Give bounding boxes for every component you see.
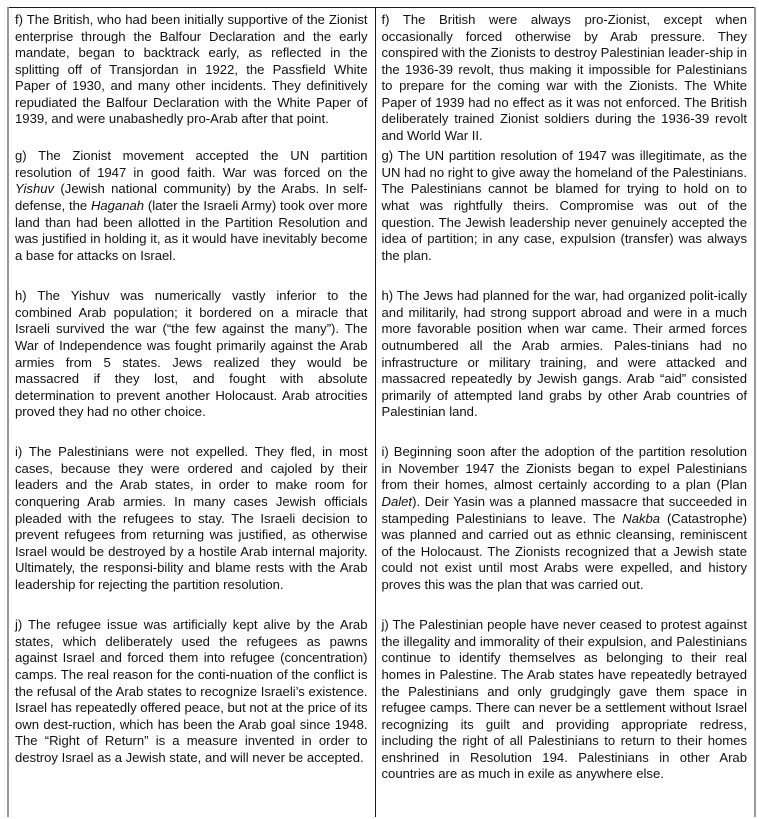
israeli-narrative-cell-h: h) The Yishuv was numerically vastly inf… bbox=[8, 284, 375, 440]
table-row-h: h) The Yishuv was numerically vastly inf… bbox=[8, 284, 755, 440]
text-run: i) Beginning soon after the adoption of … bbox=[382, 444, 748, 492]
narratives-comparison-table: f) The British, who had been initially s… bbox=[7, 7, 756, 817]
italic-term-yishuv: Yishuv bbox=[15, 181, 54, 196]
italic-term-dalet: Dalet bbox=[382, 494, 413, 509]
paragraph-text: g) The UN partition resolution of 1947 w… bbox=[382, 148, 748, 264]
paragraph-text: i) Beginning soon after the adoption of … bbox=[382, 444, 748, 593]
israeli-narrative-cell-g: g) The Zionist movement accepted the UN … bbox=[8, 144, 375, 284]
paragraph-text: i) The Palestinians were not expelled. T… bbox=[15, 444, 368, 593]
palestinian-narrative-cell-i: i) Beginning soon after the adoption of … bbox=[375, 440, 755, 613]
table-row-f: f) The British, who had been initially s… bbox=[8, 8, 755, 145]
italic-term-haganah: Haganah bbox=[91, 198, 144, 213]
table-row-i: i) The Palestinians were not expelled. T… bbox=[8, 440, 755, 613]
paragraph-text: g) The Zionist movement accepted the UN … bbox=[15, 148, 368, 264]
paragraph-text: f) The British were always pro-Zionist, … bbox=[382, 12, 748, 144]
israeli-narrative-cell-j: j) The refugee issue was artificially ke… bbox=[8, 613, 375, 817]
italic-term-nakba: Nakba bbox=[622, 511, 660, 526]
paragraph-text: f) The British, who had been initially s… bbox=[15, 12, 368, 128]
table-row-g: g) The Zionist movement accepted the UN … bbox=[8, 144, 755, 284]
paragraph-text: h) The Jews had planned for the war, had… bbox=[382, 288, 748, 420]
palestinian-narrative-cell-h: h) The Jews had planned for the war, had… bbox=[375, 284, 755, 440]
palestinian-narrative-cell-j: j) The Palestinian people have never cea… bbox=[375, 613, 755, 817]
paragraph-text: j) The refugee issue was artificially ke… bbox=[15, 617, 368, 766]
israeli-narrative-cell-f: f) The British, who had been initially s… bbox=[8, 8, 375, 145]
table-row-j: j) The refugee issue was artificially ke… bbox=[8, 613, 755, 817]
palestinian-narrative-cell-f: f) The British were always pro-Zionist, … bbox=[375, 8, 755, 145]
text-run: g) The Zionist movement accepted the UN … bbox=[15, 148, 368, 180]
paragraph-text: h) The Yishuv was numerically vastly inf… bbox=[15, 288, 368, 420]
palestinian-narrative-cell-g: g) The UN partition resolution of 1947 w… bbox=[375, 144, 755, 284]
israeli-narrative-cell-i: i) The Palestinians were not expelled. T… bbox=[8, 440, 375, 613]
paragraph-text: j) The Palestinian people have never cea… bbox=[382, 617, 748, 782]
